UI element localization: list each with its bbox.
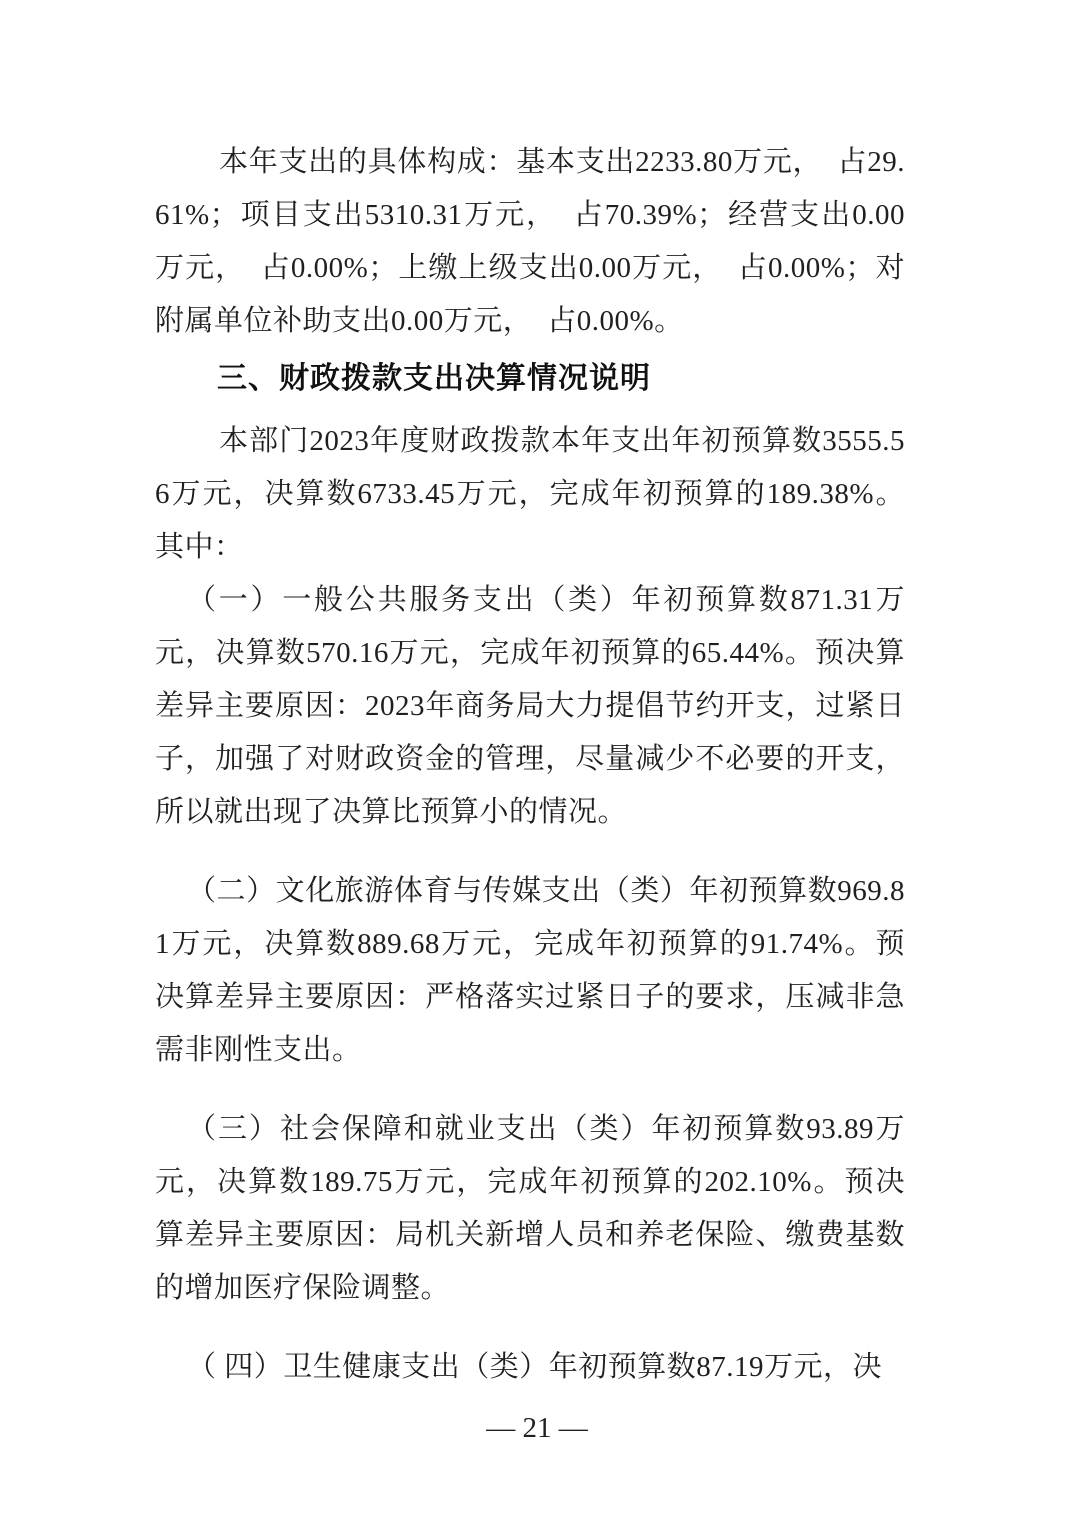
document-content: 本年支出的具体构成：基本支出2233.80万元， 占29.61%；项目支出531…	[155, 136, 905, 1394]
paragraph-budget-overview: 本部门2023年度财政拨款本年支出年初预算数3555.56万元，决算数6733.…	[155, 415, 905, 574]
paragraph-item-4-health: （ 四）卫生健康支出（类）年初预算数87.19万元，决	[155, 1341, 905, 1394]
paragraph-item-1-general-public-services: （一）一般公共服务支出（类）年初预算数871.31万元，决算数570.16万元，…	[155, 574, 905, 839]
paragraph-item-2-culture-tourism-sports-media: （二）文化旅游体育与传媒支出（类）年初预算数969.81万元，决算数889.68…	[155, 865, 905, 1077]
page-number: — 21 —	[0, 1408, 1074, 1448]
paragraph-expenditure-composition: 本年支出的具体构成：基本支出2233.80万元， 占29.61%；项目支出531…	[155, 136, 905, 348]
document-page: 本年支出的具体构成：基本支出2233.80万元， 占29.61%；项目支出531…	[0, 0, 1074, 1520]
section-heading-fiscal-appropriation: 三、财政拨款支出决算情况说明	[155, 352, 905, 405]
paragraph-item-3-social-security-employment: （三）社会保障和就业支出（类）年初预算数93.89万元，决算数189.75万元，…	[155, 1103, 905, 1315]
